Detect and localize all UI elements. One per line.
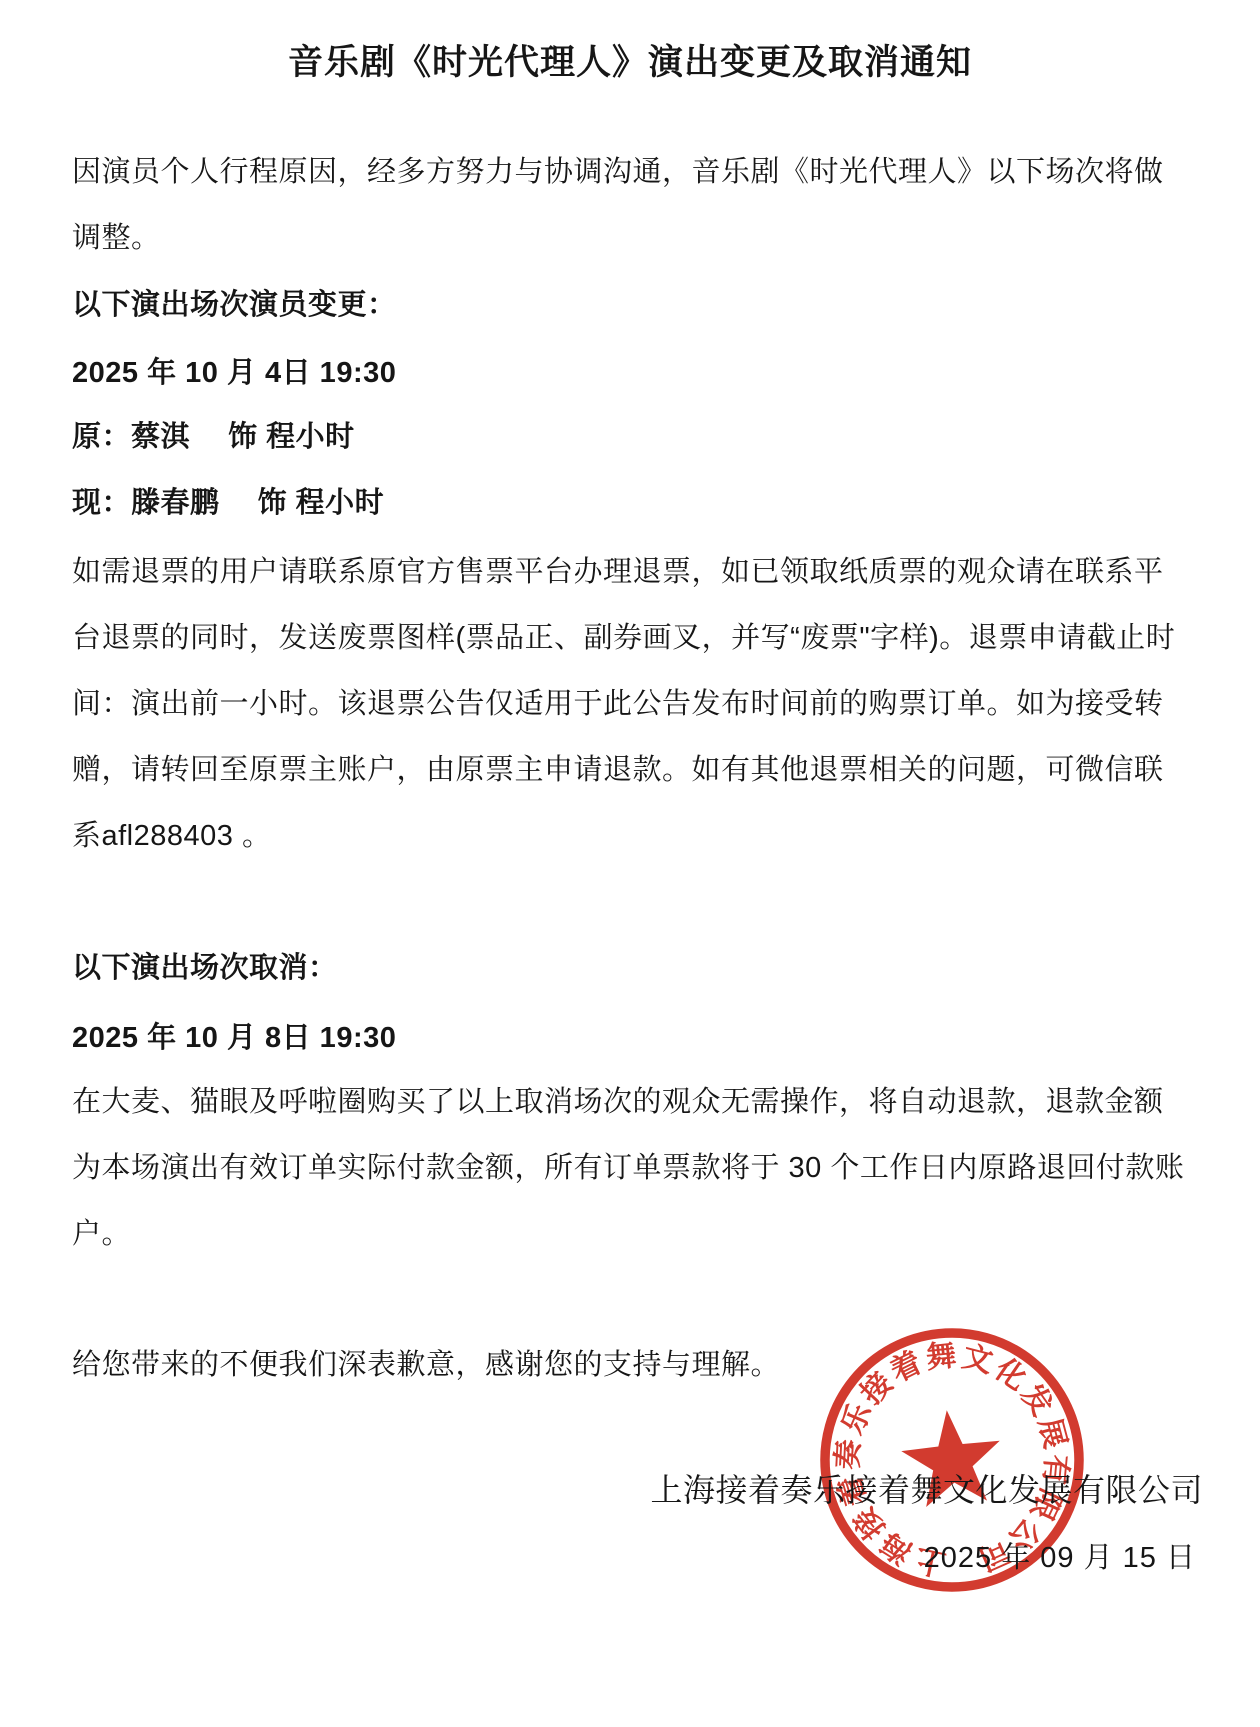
svg-text:奏: 奏 [830, 1439, 866, 1471]
new-cast-line: 现：滕春鹏 饰 程小时 [72, 470, 1185, 536]
cancellation-heading: 以下演出场次取消： [72, 935, 1185, 1001]
company-signature: 上海接着奏乐接着舞文化发展有限公司 [90, 1470, 1203, 1510]
apology-paragraph: 给您带来的不便我们深表歉意，感谢您的支持与理解。 [72, 1332, 1185, 1398]
cancelled-show-datetime: 2025 年 10 月 8日 19:30 [72, 1005, 1185, 1071]
svg-text:展: 展 [1032, 1414, 1072, 1452]
intro-paragraph: 因演员个人行程原因，经多方努力与协调沟通，音乐剧《时光代理人》以下场次将做调整。 [72, 139, 1185, 271]
original-cast-line: 原：蔡淇 饰 程小时 [72, 404, 1185, 470]
document-page: 音乐剧《时光代理人》演出变更及取消通知 因演员个人行程原因，经多方努力与协调沟通… [0, 0, 1260, 1727]
cast-change-heading: 以下演出场次演员变更： [72, 272, 1185, 338]
cancellation-refund-paragraph: 在大麦、猫眼及呼啦圈购买了以上取消场次的观众无需操作，将自动退款，退款金额为本场… [72, 1069, 1185, 1267]
signature-date: 2025 年 09 月 15 日 [83, 1538, 1196, 1578]
refund-policy-paragraph: 如需退票的用户请联系原官方售票平台办理退票，如已领取纸质票的观众请在联系平台退票… [72, 539, 1185, 869]
changed-show-datetime: 2025 年 10 月 4日 19:30 [72, 340, 1185, 406]
page-title: 音乐剧《时光代理人》演出变更及取消通知 [0, 38, 1260, 88]
